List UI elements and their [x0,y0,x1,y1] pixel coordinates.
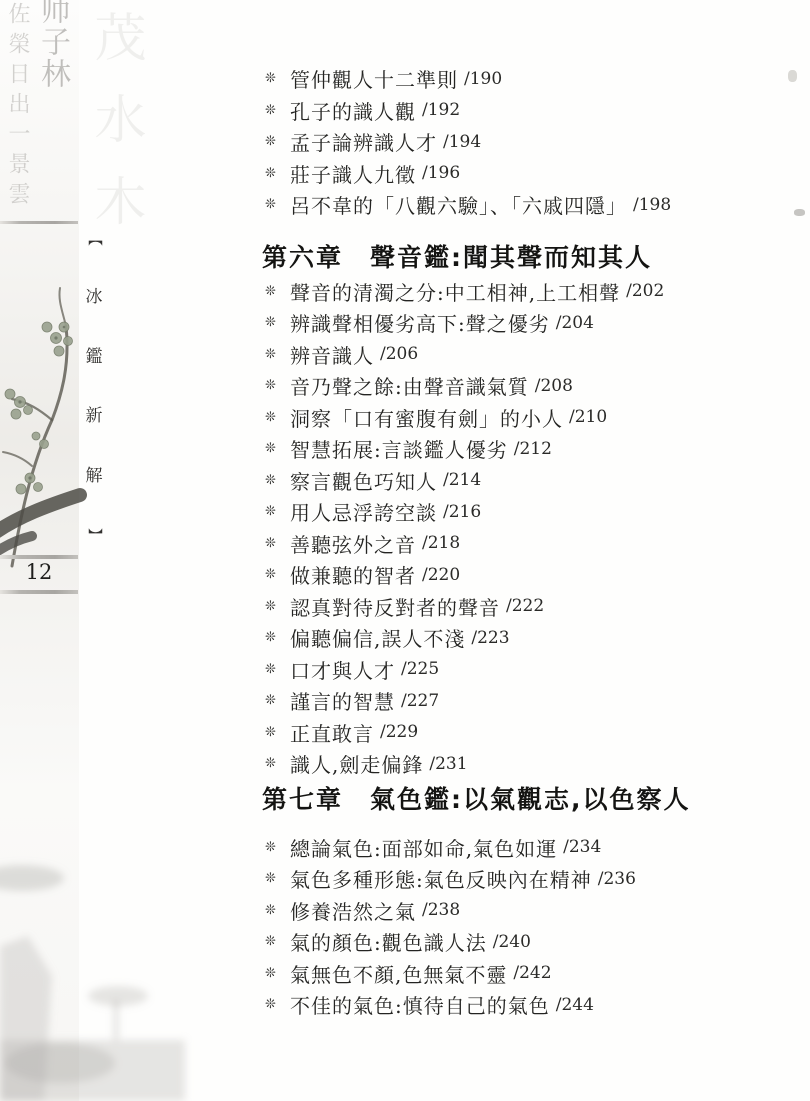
spine-title-char: 冰 [86,289,103,306]
toc-entry: ❊氣無色不顏,色無氣不靈/242 [262,958,742,990]
flower-bullet-icon: ❊ [262,630,279,645]
toc-entry: ❊口才與人才/225 [262,654,742,686]
entry-title: 孟子論辨識人才 [290,127,437,156]
entry-page-number: /225 [401,659,439,679]
entry-title: 音乃聲之餘:由聲音識氣質 [290,371,529,400]
toc-entry: ❊莊子識人九徵/196 [262,158,742,190]
flower-bullet-icon: ❊ [262,693,279,708]
flower-bullet-icon: ❊ [262,197,279,212]
entry-title: 辨識聲相優劣高下:聲之優劣 [290,308,550,337]
entry-title: 智慧拓展:言談鑑人優劣 [290,434,508,463]
toc-entry: ❊做兼聽的智者/220 [262,559,742,591]
flower-bullet-icon: ❊ [262,966,279,981]
entry-title: 修養浩然之氣 [290,896,416,925]
entry-page-number: /223 [471,628,509,648]
flower-bullet-icon: ❊ [262,166,279,181]
toc-entry: ❊正直敢言/229 [262,717,742,749]
entry-page-number: /206 [380,344,418,364]
entry-page-number: /204 [556,313,594,333]
flower-bullet-icon: ❊ [262,378,279,393]
toc-entry: ❊偏聽偏信,誤人不淺/223 [262,622,742,654]
flower-bullet-icon: ❊ [262,903,279,918]
book-page: 师子林 佐榮日出一景雲 茂水木 [0,0,810,1101]
flower-bullet-icon: ❊ [262,567,279,582]
flower-bullet-icon: ❊ [262,725,279,740]
entry-title: 用人忌浮誇空談 [290,497,437,526]
entry-title: 識人,劍走偏鋒 [290,749,423,778]
entry-title: 孔子的識人觀 [290,96,416,125]
flower-bullet-icon: ❊ [262,441,279,456]
entry-page-number: /244 [556,995,594,1015]
faint-landscape-painting [0,828,200,1101]
flower-bullet-icon: ❊ [262,315,279,330]
entry-title: 洞察「口有蜜腹有劍」的小人 [290,403,563,432]
toc-entry: ❊氣色多種形態:氣色反映內在精神/236 [262,863,742,895]
toc-entry: ❊認真對待反對者的聲音/222 [262,591,742,623]
bleedthrough-ghost-text: 茂水木 [78,10,153,256]
flower-bullet-icon: ❊ [262,284,279,299]
toc-entry: ❊呂不韋的「八觀六驗」、「六戚四隱」/198 [262,189,742,221]
entry-page-number: /192 [422,100,460,120]
toc-entry: ❊洞察「口有蜜腹有劍」的小人/210 [262,402,742,434]
folio-rule-bottom [0,590,78,594]
entry-page-number: /236 [598,869,636,889]
page-number: 12 [0,560,78,584]
entry-title: 聲音的清濁之分:中工相神,上工相聲 [290,277,620,306]
sidebar-rule-top [0,221,78,224]
entry-title: 偏聽偏信,誤人不淺 [290,623,465,652]
entry-title: 辨音識人 [290,340,374,369]
flower-bullet-icon: ❊ [262,71,279,86]
toc-entry: ❊識人,劍走偏鋒/231 [262,748,742,780]
toc-entry: ❊善聽弦外之音/218 [262,528,742,560]
entry-page-number: /238 [422,900,460,920]
spine-title-char: 解 [86,468,103,485]
entry-page-number: /242 [513,963,551,983]
flower-bullet-icon: ❊ [262,871,279,886]
toc-entry: ❊辨識聲相優劣高下:聲之優劣/204 [262,307,742,339]
flower-bullet-icon: ❊ [262,934,279,949]
toc: ❊管仲觀人十二準則/190❊孔子的識人觀/192❊孟子論辨識人才/194❊莊子識… [262,63,742,1021]
spine-bracket-close: 】 [87,528,101,542]
toc-entry: ❊管仲觀人十二準則/190 [262,63,742,95]
entry-page-number: /229 [380,722,418,742]
entry-title: 管仲觀人十二準則 [290,64,458,93]
spine-title-char: 鑑 [86,349,103,366]
folio-rule-top [0,555,78,559]
scan-speck [788,70,797,82]
plum-blossom-painting [0,268,92,568]
entry-title: 氣無色不顏,色無氣不靈 [290,959,507,988]
entry-page-number: /194 [443,132,481,152]
scan-speck [794,209,805,216]
entry-title: 總論氣色:面部如命,氣色如運 [290,833,557,862]
flower-bullet-icon: ❊ [262,599,279,614]
toc-entry: ❊孔子的識人觀/192 [262,95,742,127]
toc-entry: ❊用人忌浮誇空談/216 [262,496,742,528]
flower-bullet-icon: ❊ [262,504,279,519]
chapter-heading: 第六章 聲音鑑:聞其聲而知其人 [262,240,742,276]
toc-entry: ❊聲音的清濁之分:中工相神,上工相聲/202 [262,276,742,308]
spine-title-char: 新 [86,408,103,425]
entry-title: 口才與人才 [290,655,395,684]
entry-title: 莊子識人九徵 [290,159,416,188]
toc-entry: ❊氣的顏色:觀色識人法/240 [262,926,742,958]
spine-bracket-open: 【 [87,232,101,246]
flower-bullet-icon: ❊ [262,662,279,677]
entry-title: 不佳的氣色:慎待自己的氣色 [290,990,550,1019]
entry-title: 做兼聽的智者 [290,560,416,589]
entry-title: 氣的顏色:觀色識人法 [290,927,487,956]
toc-entry: ❊智慧拓展:言談鑑人優劣/212 [262,433,742,465]
spine-title: 【冰鑑新解】 [81,232,107,542]
entry-page-number: /240 [493,932,531,952]
entry-page-number: /227 [401,691,439,711]
entry-title: 謹言的智慧 [290,686,395,715]
entry-page-number: /198 [633,195,671,215]
toc-entry: ❊謹言的智慧/227 [262,685,742,717]
entry-title: 善聽弦外之音 [290,529,416,558]
entry-page-number: /208 [535,376,573,396]
flower-bullet-icon: ❊ [262,536,279,551]
chapter-heading: 第七章 氣色鑑:以氣觀志,以色察人 [262,782,742,818]
toc-entry: ❊不佳的氣色:慎待自己的氣色/244 [262,989,742,1021]
flower-bullet-icon: ❊ [262,410,279,425]
entry-page-number: /231 [429,754,467,774]
toc-entry: ❊孟子論辨識人才/194 [262,126,742,158]
flower-bullet-icon: ❊ [262,134,279,149]
flower-bullet-icon: ❊ [262,473,279,488]
entry-page-number: /202 [626,281,664,301]
entry-page-number: /216 [443,502,481,522]
toc-entry: ❊修養浩然之氣/238 [262,895,742,927]
flower-bullet-icon: ❊ [262,997,279,1012]
entry-page-number: /190 [464,69,502,89]
entry-page-number: /214 [443,470,481,490]
entry-page-number: /212 [514,439,552,459]
entry-title: 認真對待反對者的聲音 [290,592,500,621]
entry-page-number: /220 [422,565,460,585]
toc-entry: ❊察言觀色巧知人/214 [262,465,742,497]
toc-entry: ❊音乃聲之餘:由聲音識氣質/208 [262,370,742,402]
toc-entry: ❊辨音識人/206 [262,339,742,371]
flower-bullet-icon: ❊ [262,840,279,855]
entry-page-number: /196 [422,163,460,183]
entry-title: 察言觀色巧知人 [290,466,437,495]
flower-bullet-icon: ❊ [262,756,279,771]
toc-entry: ❊總論氣色:面部如命,氣色如運/234 [262,832,742,864]
entry-page-number: /234 [563,837,601,857]
entry-title: 呂不韋的「八觀六驗」、「六戚四隱」 [290,190,627,219]
entry-page-number: /222 [506,596,544,616]
entry-page-number: /218 [422,533,460,553]
entry-page-number: /210 [569,407,607,427]
flower-bullet-icon: ❊ [262,347,279,362]
flower-bullet-icon: ❊ [262,103,279,118]
entry-title: 氣色多種形態:氣色反映內在精神 [290,864,592,893]
entry-title: 正直敢言 [290,718,374,747]
